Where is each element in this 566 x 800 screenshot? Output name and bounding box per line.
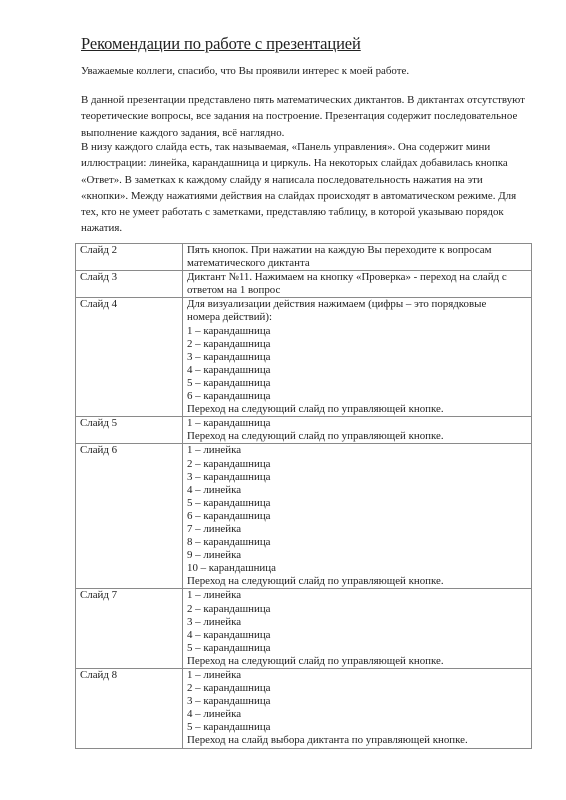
- step-line: 1 – карандашница: [187, 417, 527, 430]
- step-line: 5 – карандашница: [187, 721, 527, 734]
- steps-cell: 1 – линейка2 – карандашница3 – линейка4 …: [183, 589, 532, 669]
- slide-cell: Слайд 4: [76, 298, 183, 417]
- step-line: номера действий):: [187, 311, 527, 324]
- step-line: 4 – линейка: [187, 484, 527, 497]
- step-line: 3 – карандашница: [187, 471, 527, 484]
- table-row: Слайд 81 – линейка2 – карандашница3 – ка…: [76, 669, 532, 749]
- table-row: Слайд 3Диктант №11. Нажимаем на кнопку «…: [76, 271, 532, 298]
- slide-cell: Слайд 8: [76, 669, 183, 749]
- step-line: Для визуализации действия нажимаем (цифр…: [187, 298, 527, 311]
- step-line: 8 – карандашница: [187, 536, 527, 549]
- table-row: Слайд 71 – линейка2 – карандашница3 – ли…: [76, 589, 532, 669]
- step-line: 6 – карандашница: [187, 510, 527, 523]
- step-line: Диктант №11. Нажимаем на кнопку «Проверк…: [187, 271, 527, 284]
- steps-cell: Для визуализации действия нажимаем (цифр…: [183, 298, 532, 417]
- step-line: 7 – линейка: [187, 523, 527, 536]
- steps-cell: 1 – карандашницаПереход на следующий сла…: [183, 417, 532, 444]
- step-line: Переход на следующий слайд по управляюще…: [187, 575, 527, 588]
- slide-cell: Слайд 7: [76, 589, 183, 669]
- paragraph-greeting: Уважаемые коллеги, спасибо, что Вы прояв…: [81, 63, 531, 79]
- step-line: Переход на следующий слайд по управляюще…: [187, 403, 527, 416]
- step-line: ответом на 1 вопрос: [187, 284, 527, 297]
- step-line: 6 – карандашница: [187, 390, 527, 403]
- step-line: 2 – карандашница: [187, 682, 527, 695]
- step-line: 1 – карандашница: [187, 325, 527, 338]
- step-line: 3 – карандашница: [187, 695, 527, 708]
- step-line: Переход на следующий слайд по управляюще…: [187, 430, 527, 443]
- paragraph-control-panel: В низу каждого слайда есть, так называем…: [81, 139, 531, 237]
- slide-cell: Слайд 3: [76, 271, 183, 298]
- step-line: 5 – карандашница: [187, 642, 527, 655]
- step-line: 5 – карандашница: [187, 497, 527, 510]
- slide-cell: Слайд 2: [76, 244, 183, 271]
- step-line: 9 – линейка: [187, 549, 527, 562]
- slide-cell: Слайд 6: [76, 444, 183, 589]
- step-line: 4 – карандашница: [187, 629, 527, 642]
- step-line: 4 – карандашница: [187, 364, 527, 377]
- table-row: Слайд 4Для визуализации действия нажимае…: [76, 298, 532, 417]
- steps-cell: Диктант №11. Нажимаем на кнопку «Проверк…: [183, 271, 532, 298]
- step-line: 2 – карандашница: [187, 458, 527, 471]
- table-row: Слайд 61 – линейка2 – карандашница3 – ка…: [76, 444, 532, 589]
- step-line: 1 – линейка: [187, 669, 527, 682]
- step-line: 5 – карандашница: [187, 377, 527, 390]
- table-row: Слайд 2Пять кнопок. При нажатии на кажду…: [76, 244, 532, 271]
- step-line: 2 – карандашница: [187, 338, 527, 351]
- step-line: 3 – карандашница: [187, 351, 527, 364]
- step-line: 2 – карандашница: [187, 603, 527, 616]
- paragraph-overview: В данной презентации представлено пять м…: [81, 92, 531, 141]
- document-title: Рекомендации по работе с презентацией: [81, 34, 361, 54]
- step-line: 10 – карандашница: [187, 562, 527, 575]
- slide-steps-table: Слайд 2Пять кнопок. При нажатии на кажду…: [75, 243, 532, 749]
- step-line: Переход на слайд выбора диктанта по упра…: [187, 734, 527, 747]
- document-page: Рекомендации по работе с презентацией Ув…: [0, 0, 566, 800]
- step-line: математического диктанта: [187, 257, 527, 270]
- step-line: 1 – линейка: [187, 589, 527, 602]
- step-line: Переход на следующий слайд по управляюще…: [187, 655, 527, 668]
- table-row: Слайд 51 – карандашницаПереход на следую…: [76, 417, 532, 444]
- slide-cell: Слайд 5: [76, 417, 183, 444]
- steps-cell: 1 – линейка2 – карандашница3 – карандашн…: [183, 669, 532, 749]
- step-line: Пять кнопок. При нажатии на каждую Вы пе…: [187, 244, 527, 257]
- steps-cell: Пять кнопок. При нажатии на каждую Вы пе…: [183, 244, 532, 271]
- step-line: 4 – линейка: [187, 708, 527, 721]
- steps-cell: 1 – линейка2 – карандашница3 – карандашн…: [183, 444, 532, 589]
- step-line: 1 – линейка: [187, 444, 527, 457]
- step-line: 3 – линейка: [187, 616, 527, 629]
